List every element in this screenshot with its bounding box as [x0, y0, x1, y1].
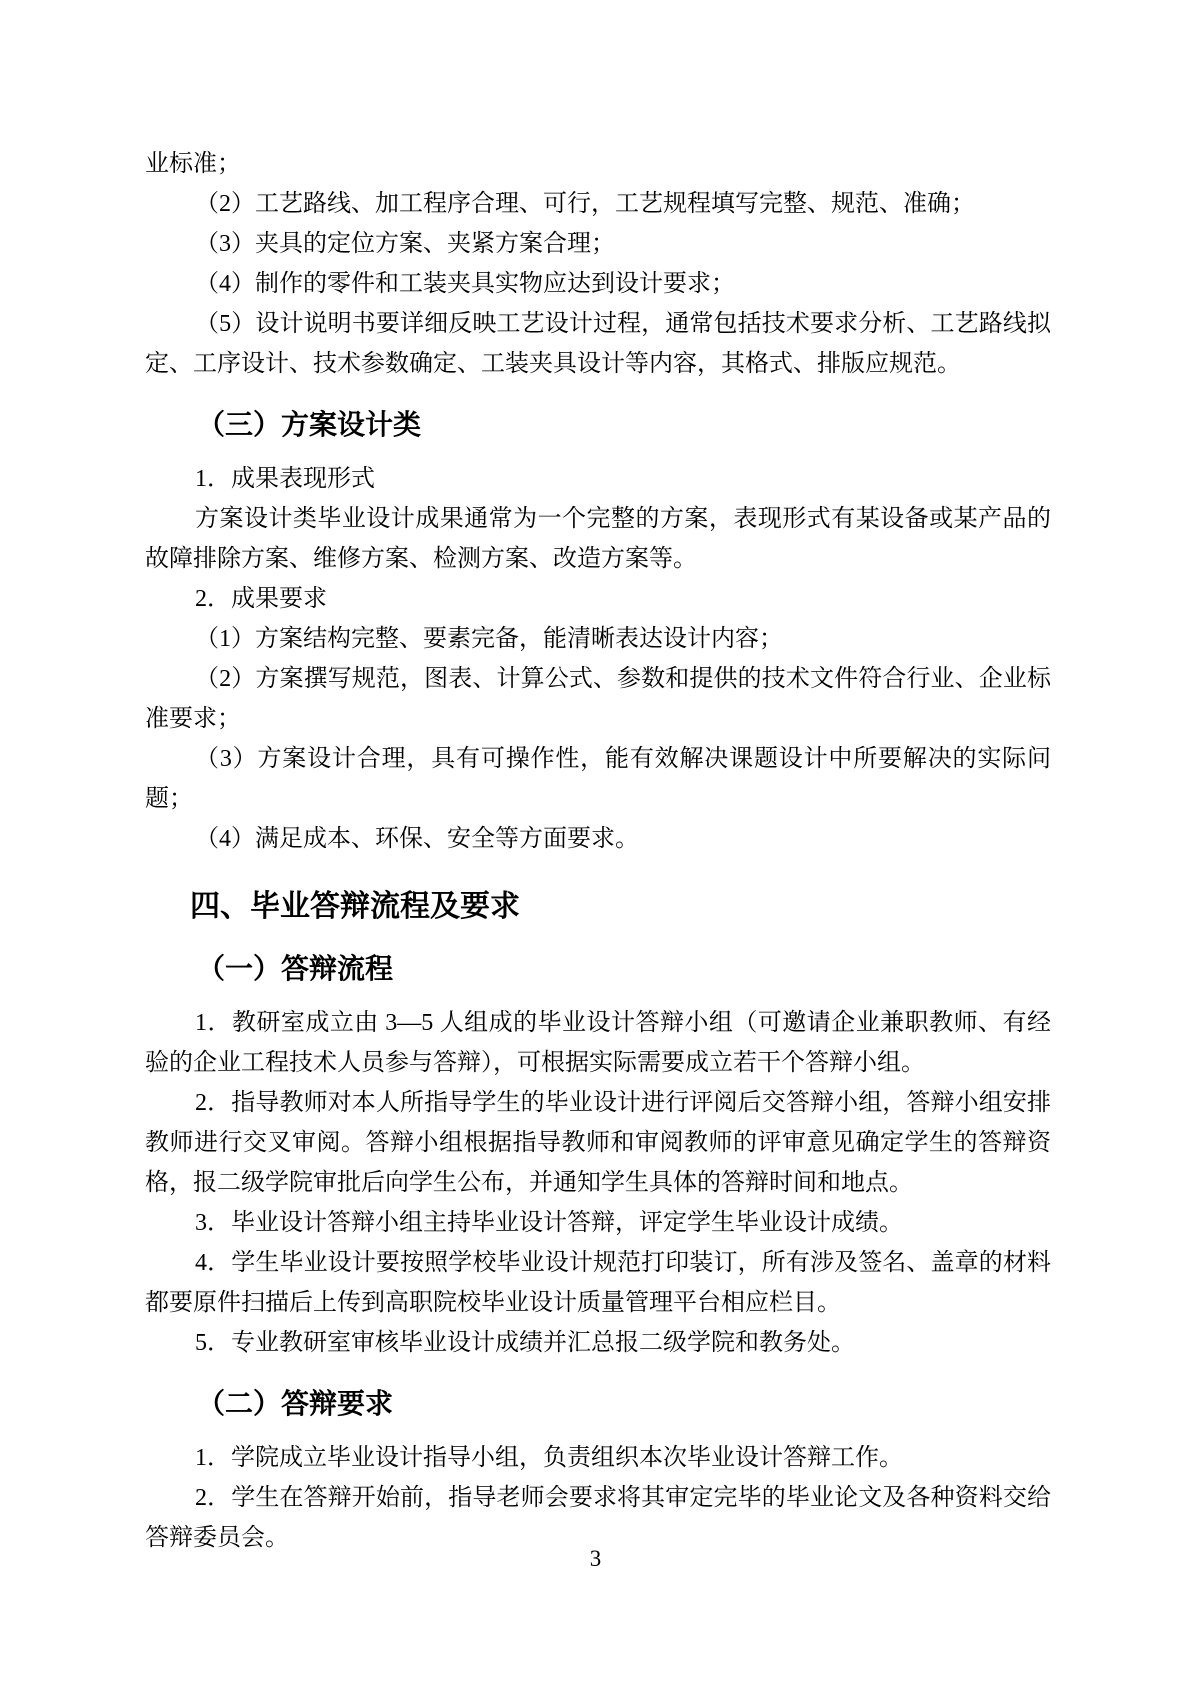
page-number: 3 [0, 1545, 1191, 1573]
list-item-plan-1: （1）方案结构完整、要素完备，能清晰表达设计内容； [145, 619, 1051, 659]
list-item-plan-3: （3）方案设计合理，具有可操作性，能有效解决课题设计中所要解决的实际问题； [145, 739, 1051, 819]
list-item-process-5: 5．专业教研室审核毕业设计成绩并汇总报二级学院和教务处。 [145, 1323, 1051, 1363]
list-item-process-2: 2．指导教师对本人所指导学生的毕业设计进行评阅后交答辩小组，答辩小组安排教师进行… [145, 1083, 1051, 1203]
paragraph-continuation: 业标准； [145, 144, 1051, 184]
heading-chapter-4: 四、毕业答辩流程及要求 [145, 886, 1051, 928]
list-item-process-4: 4．学生毕业设计要按照学校毕业设计规范打印装订，所有涉及签名、盖章的材料都要原件… [145, 1243, 1051, 1323]
list-item-craft-3: （3）夹具的定位方案、夹紧方案合理； [145, 224, 1051, 264]
list-item-plan-2: （2）方案撰写规范，图表、计算公式、参数和提供的技术文件符合行业、企业标准要求； [145, 659, 1051, 739]
list-item-craft-4: （4）制作的零件和工装夹具实物应达到设计要求； [145, 264, 1051, 304]
list-item-craft-2: （2）工艺路线、加工程序合理、可行，工艺规程填写完整、规范、准确； [145, 184, 1051, 224]
heading-defense-process: （一）答辩流程 [145, 950, 1051, 990]
page-content: 业标准； （2）工艺路线、加工程序合理、可行，工艺规程填写完整、规范、准确； （… [145, 144, 1051, 1558]
list-item-plan-4: （4）满足成本、环保、安全等方面要求。 [145, 819, 1051, 859]
document-page: 业标准； （2）工艺路线、加工程序合理、可行，工艺规程填写完整、规范、准确； （… [0, 0, 1191, 1684]
list-item-process-1: 1．教研室成立由 3—5 人组成的毕业设计答辩小组（可邀请企业兼职教师、有经验的… [145, 1003, 1051, 1083]
list-item-craft-5: （5）设计说明书要详细反映工艺设计过程，通常包括技术要求分析、工艺路线拟定、工序… [145, 304, 1051, 384]
subitem-result-require: 2．成果要求 [145, 579, 1051, 619]
list-item-require-1: 1．学院成立毕业设计指导小组，负责组织本次毕业设计答辩工作。 [145, 1438, 1051, 1478]
heading-section-3: （三）方案设计类 [145, 406, 1051, 446]
list-item-process-3: 3．毕业设计答辩小组主持毕业设计答辩，评定学生毕业设计成绩。 [145, 1203, 1051, 1243]
paragraph-result-form: 方案设计类毕业设计成果通常为一个完整的方案，表现形式有某设备或某产品的故障排除方… [145, 499, 1051, 579]
subitem-result-form: 1．成果表现形式 [145, 459, 1051, 499]
heading-defense-require: （二）答辩要求 [145, 1385, 1051, 1425]
